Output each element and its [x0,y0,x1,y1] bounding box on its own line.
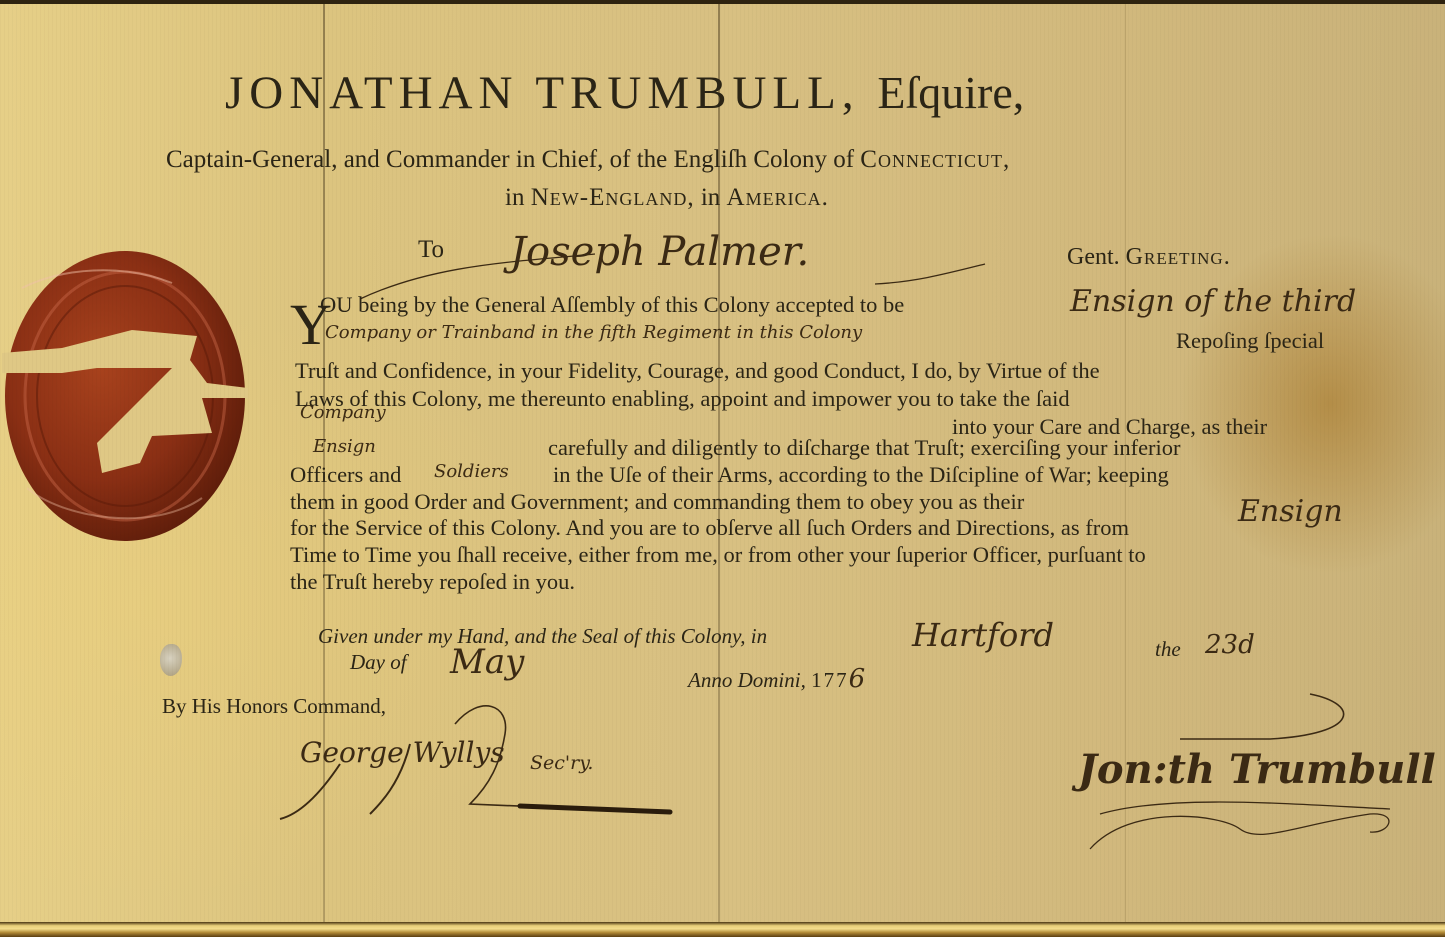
wax-residue-spot [160,644,182,676]
handwritten-soldiers: Soldiers [434,461,509,482]
recipient-name: Joseph Palmer. [510,229,809,275]
the-label: the [1155,637,1181,662]
handwritten-unit: Company or Trainband in the fifth Regime… [325,322,862,343]
handwritten-day: 23d [1205,630,1255,660]
body-line-7a: Officers and [290,464,401,487]
greeting-word: Greeting. [1126,244,1231,270]
body-line-8: them in good Order and Government; and c… [290,491,1024,514]
year-printed: 177 [811,668,849,692]
region-name: New-England, [531,184,695,211]
commission-document: JONATHAN TRUMBULL, Eſquire, Captain-Gene… [0,4,1445,922]
wax-seal-icon [2,248,248,550]
body-line-6: carefully and diligently to diſcharge th… [548,437,1181,460]
body-line-1: OU being by the General Aſſembly of this… [320,294,904,317]
title-text: in [695,184,727,211]
day-of-label: Day of [350,650,407,675]
title-line-1: Captain-General, and Commander in Chief,… [166,146,1010,174]
frame-bottom-edge [0,922,1445,937]
body-line-9: for the Service of this Colony. And you … [290,517,1129,540]
title-text: Captain-General, and Commander in Chief,… [166,146,860,173]
greeting-title: Gent. [1067,244,1126,270]
body-line-3: Truſt and Confidence, in your Fidelity, … [295,360,1100,383]
body-line-2: Repoſing ſpecial [1176,330,1324,353]
handwritten-place: Hartford [912,616,1054,654]
handwritten-company: Company [300,402,386,423]
secretary-title: Sec'ry. [530,752,593,774]
body-line-7b: in the Uſe of their Arms, according to t… [553,464,1169,487]
title-line-2: in New-England, in America. [505,184,829,212]
body-line-10: Time to Time you ſhall receive, either f… [290,544,1146,567]
year-handwritten: 6 [849,664,866,694]
handwritten-rank: Ensign of the third [1070,284,1356,319]
governor-name: JONATHAN TRUMBULL, [225,67,860,119]
given-under-line: Given under my Hand, and the Seal of thi… [318,624,767,649]
governor-signature: Jon:th Trumbull [1078,746,1436,793]
handwritten-rank-3: Ensign [1238,494,1343,529]
secretary-signature: George Wyllys [300,736,505,769]
colony-name: Connecticut, [860,146,1010,173]
anno-line: Anno Domini, 1776 [688,664,865,694]
greeting: Gent. Greeting. [1067,244,1231,271]
handwritten-rank-2: Ensign [313,436,376,457]
body-line-4: Laws of this Colony, me thereunto enabli… [295,388,1070,411]
body-line-11: the Truſt hereby repoſed in you. [290,571,575,594]
title-text: in [505,184,531,211]
country-name: America. [727,184,829,211]
picture-frame: JONATHAN TRUMBULL, Eſquire, Captain-Gene… [0,0,1445,937]
honorific: Eſquire, [877,67,1024,118]
handwritten-month: May [450,642,524,682]
document-title: JONATHAN TRUMBULL, Eſquire, [225,66,1024,120]
anno-label: Anno Domini, [688,668,806,692]
